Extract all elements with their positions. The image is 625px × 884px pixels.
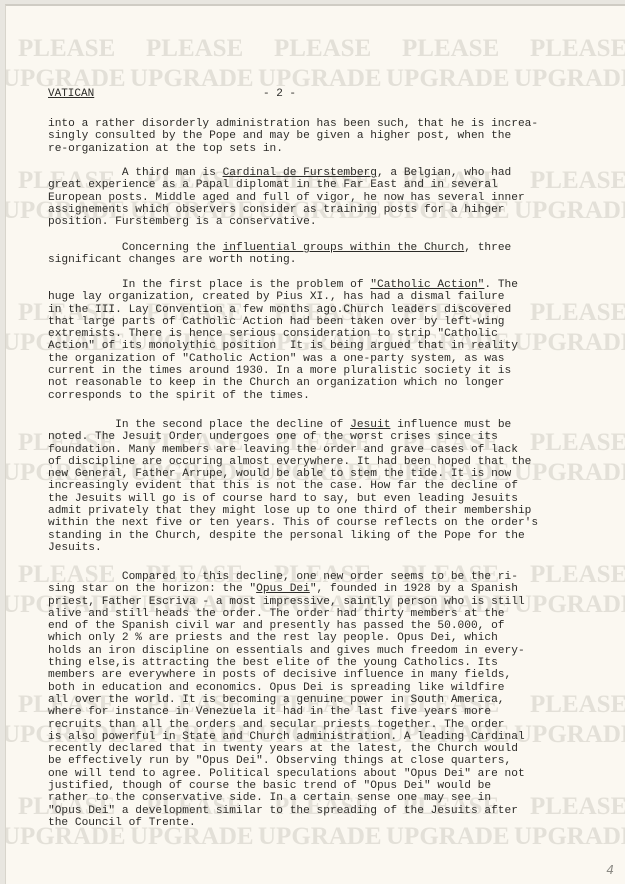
page-header: VATICAN - 2 - [48, 88, 596, 102]
underlined-topic: Opus Dei [256, 583, 310, 595]
text-line: In the first place is the problem of [48, 279, 370, 291]
text-line: end of the Spanish civil war and present… [48, 620, 505, 632]
text-line: not reasonable to keep in the Church an … [48, 377, 505, 389]
text-line: all over the world. It is becoming a gen… [48, 694, 505, 706]
text-line: that large parts of Catholic Action had … [48, 316, 505, 328]
text-line: singly consulted by the Pope and may be … [48, 130, 511, 142]
text-line: members are everywhere in posts of decis… [48, 669, 511, 681]
text-line: thing else,is attracting the best elite … [48, 657, 498, 669]
typewritten-text: VATICAN - 2 - into a rather disorderly a… [6, 6, 625, 884]
text-line: "Opus Dei" a development similar to the … [48, 805, 518, 817]
paragraph: A third man is Cardinal de Furstemberg, … [48, 167, 623, 228]
text-line: foundation. Many members are leaving the… [48, 444, 518, 456]
text-line: ", founded in 1928 by a Spanish [310, 583, 518, 595]
underlined-topic: Jesuit [350, 419, 390, 431]
text-line: increasingly evident that this is not th… [48, 480, 518, 492]
paragraph: In the second place the decline of Jesui… [48, 419, 623, 554]
text-line: priest, Father Escriva - a most impressi… [48, 596, 525, 608]
text-line: Compared to this decline, one new order … [48, 571, 518, 583]
text-line: which only 2 % are priests and the rest … [48, 632, 498, 644]
text-line: alive and still heads the order. The ord… [48, 608, 505, 620]
paragraph: Compared to this decline, one new order … [48, 571, 623, 829]
text-line: is also powerful in State and Church adm… [48, 731, 525, 743]
text-line: in the III. Lay Convention a few months … [48, 304, 511, 316]
text-line: In the second place the decline of [48, 419, 350, 431]
text-line: influence must be [390, 419, 511, 431]
paragraph: into a rather disorderly administration … [48, 118, 623, 155]
text-line: Action" of its monolythic position It is… [48, 340, 518, 352]
text-line: the Jesuits will go is of course hard to… [48, 493, 518, 505]
text-line: one will tend to agree. Political specul… [48, 768, 525, 780]
paragraph: In the first place is the problem of "Ca… [48, 279, 623, 402]
paragraph: Concerning the influential groups within… [48, 242, 623, 267]
text-line: holds an iron discipline on essentials a… [48, 645, 525, 657]
text-line: extremists. There is hence serious consi… [48, 328, 498, 340]
underlined-name: Cardinal de Furstemberg [223, 167, 377, 179]
text-line: recently declared that in twenty years a… [48, 743, 518, 755]
text-line: , a Belgian, who had [377, 167, 511, 179]
text-line: standing in the Church, despite the pers… [48, 530, 525, 542]
text-line: within the next five or ten years. This … [48, 517, 538, 529]
document-title: VATICAN [48, 88, 94, 100]
text-line: recruits than all the orders and secular… [48, 719, 505, 731]
text-line: current in the times around 1930. In a m… [48, 365, 511, 377]
page-number: - 2 - [263, 88, 296, 100]
text-line: assignements which observers consider as… [48, 204, 505, 216]
text-line: Jesuits. [48, 542, 102, 554]
text-line: . The [484, 279, 518, 291]
text-line: rather to the conservative side. In a ce… [48, 792, 491, 804]
underlined-topic: influential groups within the Church [223, 242, 465, 254]
text-line: corresponds to the spirit of the times. [48, 390, 310, 402]
handwritten-page-number: 4 [606, 864, 614, 876]
text-line: Concerning the [48, 242, 223, 254]
text-line: great experience as a Papal diplomat in … [48, 179, 498, 191]
text-line: the organization of "Catholic Action" wa… [48, 353, 505, 365]
text-line: of discipline are occuring almost everyw… [48, 456, 531, 468]
text-line: admit privately that they might lose up … [48, 505, 531, 517]
text-line: , three [464, 242, 511, 254]
text-line: justified, though of course the basic tr… [48, 780, 491, 792]
underlined-topic: "Catholic Action" [370, 279, 484, 291]
text-line: re-organization at the top sets in. [48, 143, 283, 155]
text-line: new General, Father Arrupe, would be abl… [48, 468, 511, 480]
text-line: A third man is [48, 167, 223, 179]
text-line: where for instance in Venezuela it had i… [48, 706, 491, 718]
text-line: huge lay organization, created by Pius X… [48, 291, 505, 303]
text-line: both in education and economics. Opus De… [48, 682, 505, 694]
text-line: the Council of Trente. [48, 817, 196, 829]
text-line: into a rather disorderly administration … [48, 118, 538, 130]
text-line: sing star on the horizon: the " [48, 583, 256, 595]
text-line: be effectively run by "Opus Dei". Observ… [48, 755, 511, 767]
text-line: noted. The Jesuit Order undergoes one of… [48, 431, 498, 443]
text-line: significant changes are worth noting. [48, 254, 296, 266]
text-line: European posts. Middle aged and full of … [48, 192, 525, 204]
document-page: PLEASE PLEASE PLEASE PLEASE PLEASE UPGRA… [5, 4, 625, 884]
text-line: position. Furstemberg is a conservative. [48, 216, 317, 228]
